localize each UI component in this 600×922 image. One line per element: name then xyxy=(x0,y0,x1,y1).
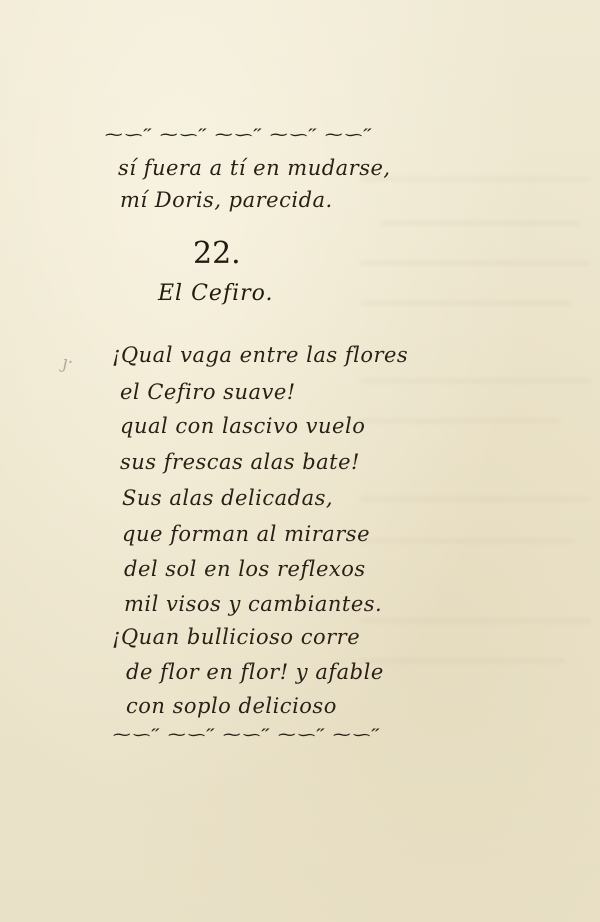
poem-line: Sus alas delicadas, xyxy=(122,486,333,510)
flourish-icon: ~∽″ xyxy=(276,725,324,744)
poem-number: 22. xyxy=(193,236,241,271)
flourish-icon: ~∽″ xyxy=(331,725,379,744)
continuation-line: mí Doris, parecida. xyxy=(120,188,333,212)
bleed-through-line xyxy=(360,380,590,382)
flourish-icon: ~∽″ xyxy=(103,125,151,144)
bleed-through-line xyxy=(360,178,590,180)
bleed-through-line xyxy=(360,620,590,622)
poem-title: El Cefiro. xyxy=(158,281,274,306)
flourish-icon: ~∽″ xyxy=(166,725,214,744)
bleed-through-line xyxy=(380,222,580,224)
flourish-icon: ~∽″ xyxy=(213,125,261,144)
flourish-icon: ~∽″ xyxy=(221,725,269,744)
poem-line: qual con lascivo vuelo xyxy=(120,414,365,438)
flourish-icon: ~∽″ xyxy=(158,125,206,144)
poem-line: ¡Quan bullicioso corre xyxy=(112,625,360,649)
poem-line: sus frescas alas bate! xyxy=(120,450,360,474)
margin-mark: ȷ· xyxy=(62,352,73,373)
bleed-through-line xyxy=(360,420,560,422)
poem-line: el Cefiro suave! xyxy=(120,380,296,404)
flourish-icon: ~∽″ xyxy=(111,725,159,744)
flourish-icon: ~∽″ xyxy=(268,125,316,144)
poem-line: que forman al mirarse xyxy=(122,522,370,546)
poem-line: con soplo delicioso xyxy=(126,694,337,718)
bleed-through-line xyxy=(360,302,570,304)
bleed-through-line xyxy=(360,498,590,500)
continuation-line: sí fuera a tí en mudarse, xyxy=(118,156,391,180)
bleed-through-line xyxy=(360,262,590,264)
bleed-through-line xyxy=(360,540,575,542)
manuscript-page: ~∽″ ~∽″ ~∽″ ~∽″ ~∽″ sí fuera a tí en mud… xyxy=(0,0,600,922)
bleed-through-line xyxy=(360,660,565,662)
poem-line: de flor en flor! y afable xyxy=(126,660,384,684)
top-ornament: ~∽″ ~∽″ ~∽″ ~∽″ ~∽″ xyxy=(112,127,362,141)
poem-line: mil visos y cambiantes. xyxy=(124,592,382,616)
flourish-icon: ~∽″ xyxy=(323,125,371,144)
bottom-ornament: ~∽″ ~∽″ ~∽″ ~∽″ ~∽″ xyxy=(120,727,370,741)
poem-line: ¡Qual vaga entre las flores xyxy=(112,343,408,367)
poem-line: del sol en los reflexos xyxy=(124,557,366,581)
